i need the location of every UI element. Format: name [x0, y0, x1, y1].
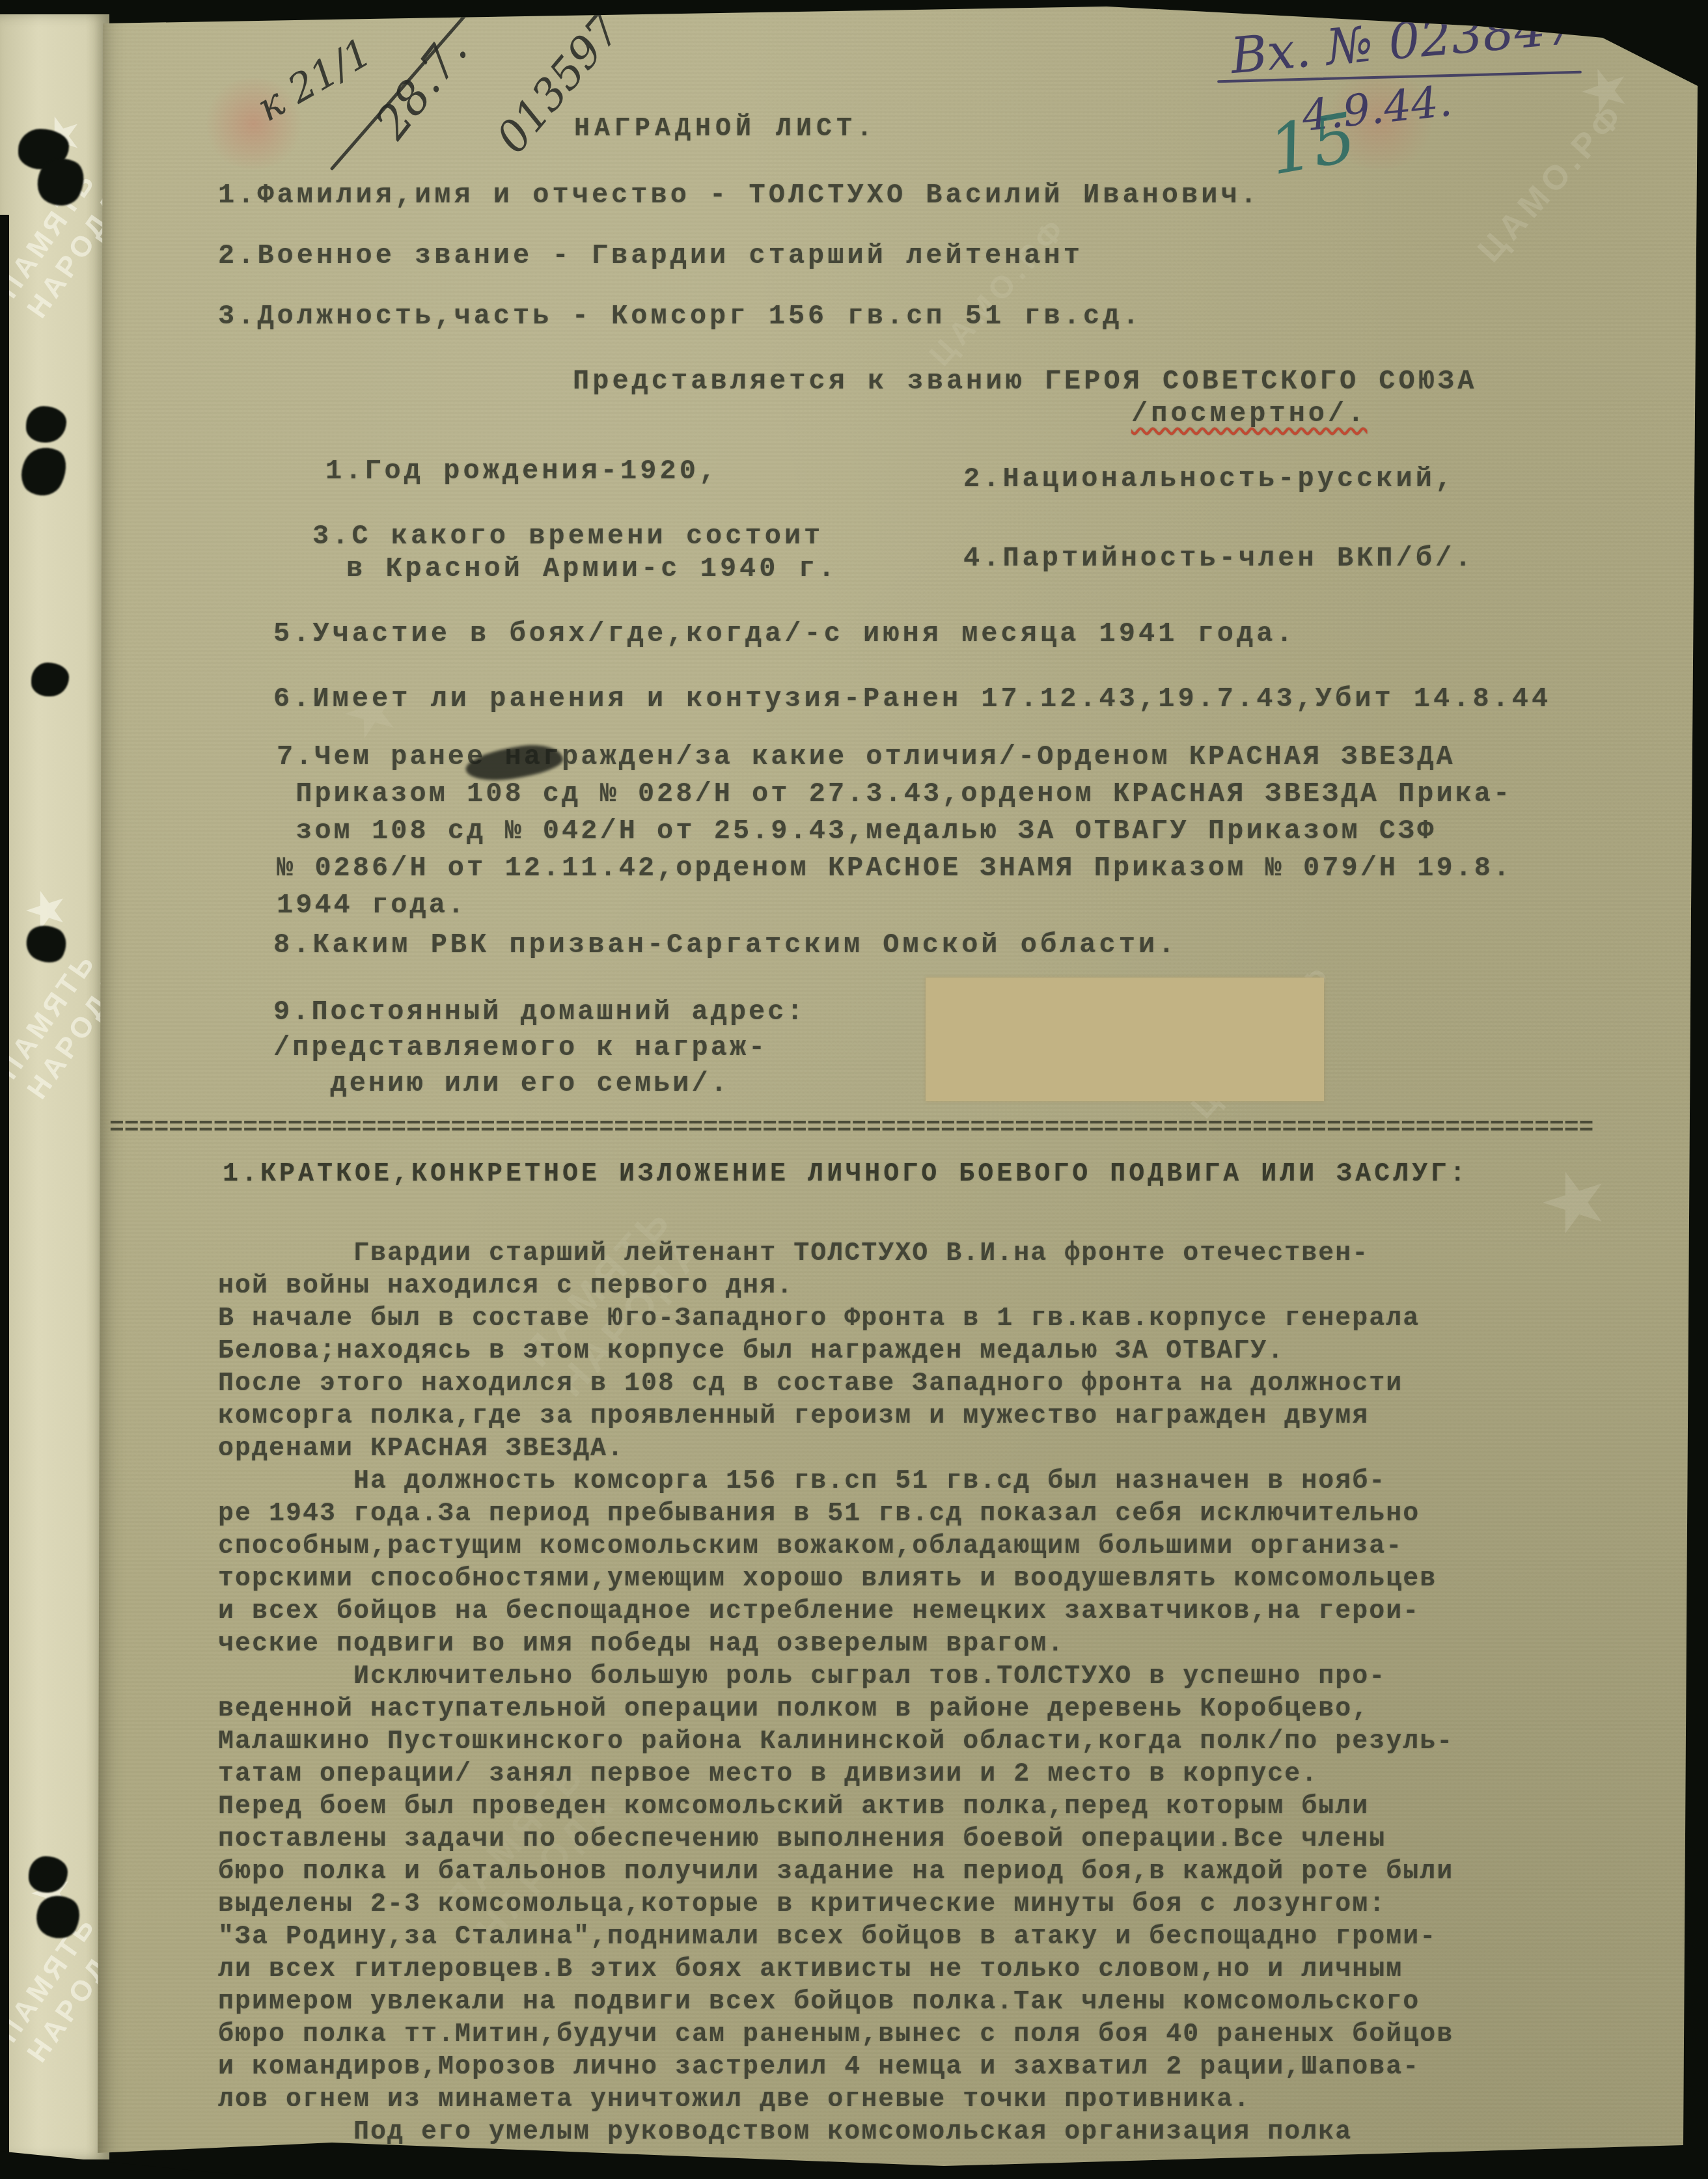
scan-edge-shadow: [0, 215, 9, 2154]
tsamo-watermark: ЦАМО.РФ: [1470, 94, 1634, 269]
binding-strip: ★ ПАМЯТЬНАРОДА ★ ПАМЯТЬНАРОДА ★ ПАМЯТЬНА…: [0, 14, 109, 2159]
address-line: 9.Постоянный домашний адрес:: [273, 994, 806, 1030]
field-home-address: 9.Постоянный домашний адрес:/представляе…: [273, 994, 806, 1102]
section-divider: ========================================…: [109, 1114, 1701, 1142]
field-rank: 2.Военное звание - Гвардии старший лейте…: [218, 240, 1083, 271]
field-drafted-by: 8.Каким РВК призван-Саргатским Омской об…: [273, 929, 1178, 961]
citation-line: татам операции/ занял первое место в див…: [218, 1759, 1453, 1791]
field-position-unit: 3.Должность,часть - Комсорг 156 гв.сп 51…: [218, 301, 1142, 332]
address-line: /представляемого к награж-: [273, 1030, 806, 1066]
field-service-since-line1: 3.С какого времени состоит: [312, 521, 823, 552]
handwritten-page-number: 15: [1263, 97, 1362, 190]
citation-line: бюро полка и батальонов получили задание…: [218, 1856, 1453, 1889]
citation-line: веденной наступательной операции полком …: [218, 1693, 1453, 1726]
citation-line: комсорга полка,где за проявленный героиз…: [218, 1401, 1453, 1433]
field-service-since-line2: в Красной Армии-с 1940 г.: [346, 553, 838, 584]
field-combat-participation: 5.Участие в боях/где,когда/-с июня месяц…: [273, 618, 1296, 650]
document-title: НАГРАДНОЙ ЛИСТ.: [574, 115, 877, 144]
address-line: дению или его семьи/.: [273, 1066, 806, 1102]
handwritten-date: 28.7.: [365, 25, 478, 149]
citation-line: Исключительно большую роль сыграл тов.ТО…: [218, 1661, 1453, 1693]
star-watermark: ★: [1532, 1150, 1623, 1251]
award-line: № 0286/Н от 12.11.42,орденом КРАСНОЕ ЗНА…: [277, 850, 1512, 887]
citation-line: орденами КРАСНАЯ ЗВЕЗДА.: [218, 1433, 1453, 1466]
award-line: Приказом 108 сд № 028/Н от 27.3.43,орден…: [277, 776, 1512, 813]
citation-line: лов огнем из минамета уничтожил две огне…: [218, 2084, 1453, 2117]
citation-line: ре 1943 года.За период пребывания в 51 г…: [218, 1498, 1453, 1531]
handwritten-case-mark: к 21/1: [249, 29, 379, 130]
scanned-award-document: { "annotations": { "top_left": { "case_m…: [0, 0, 1708, 2179]
citation-line: ли всех гитлеровцев.В этих боях активист…: [218, 1954, 1453, 1986]
citation-line: Под его умелым руководством комсомольска…: [218, 2117, 1453, 2149]
citation-line: и командиров,Морозов лично застрелил 4 н…: [218, 2051, 1453, 2084]
citation-line: поставлены задачи по обеспечению выполне…: [218, 1824, 1453, 1856]
citation-line: Перед боем был проведен комсомольский ак…: [218, 1791, 1453, 1824]
citation-line: бюро полка тт.Митин,будучи сам раненым,в…: [218, 2019, 1453, 2051]
field-birth-year: 1.Год рождения-1920,: [325, 456, 719, 487]
citation-line: и всех бойцов на беспощадное истребление…: [218, 1596, 1453, 1628]
redaction-block: [926, 978, 1324, 1101]
field-party: 4.Партийность-член ВКП/б/.: [963, 543, 1474, 574]
nomination-line: Представляется к званию ГЕРОЯ СОВЕТСКОГО…: [573, 366, 1477, 397]
citation-line: выделены 2-3 комсомольца,которые в крити…: [218, 1889, 1453, 1921]
citation-line: В начале был в составе Юго-Западного Фро…: [218, 1303, 1453, 1336]
citation-line: способным,растущим комсомольским вожаком…: [218, 1531, 1453, 1563]
award-line: 1944 года.: [277, 887, 1512, 924]
field-name: 1.Фамилия,имя и отчество - ТОЛСТУХО Васи…: [218, 180, 1260, 211]
citation-line: "За Родину,за Сталина",поднимали всех бо…: [218, 1921, 1453, 1954]
tsamo-watermark: ЦАМО.РФ: [922, 210, 1075, 373]
field-previous-awards: 7.Чем ранее награжден/за какие отличия/-…: [277, 739, 1512, 924]
citation-text: Гвардии старший лейтенант ТОЛСТУХО В.И.н…: [218, 1238, 1453, 2149]
citation-line: торскими способностями,умеющим хорошо вл…: [218, 1563, 1453, 1596]
citation-line: Малашкино Пустошкинского района Калининс…: [218, 1726, 1453, 1759]
field-wounds: 6.Имеет ли ранения и контузия-Ранен 17.1…: [273, 683, 1551, 715]
citation-line: Гвардии старший лейтенант ТОЛСТУХО В.И.н…: [218, 1238, 1453, 1270]
award-sheet-page: ★ ЦАМО.РФ ЦАМО.РФ ЦАМО.РФ ★ ПАМЯТЬНАРОДА…: [98, 0, 1708, 2179]
award-line: 7.Чем ранее награжден/за какие отличия/-…: [277, 739, 1512, 776]
section-title: 1.КРАТКОЕ,КОНКРЕТНОЕ ИЗЛОЖЕНИЕ ЛИЧНОГО Б…: [223, 1160, 1468, 1189]
citation-line: примером увлекали на подвиги всех бойцов…: [218, 1986, 1453, 2019]
citation-line: На должность комсорга 156 гв.сп 51 гв.сд…: [218, 1466, 1453, 1498]
citation-line: После этого находился в 108 сд в составе…: [218, 1368, 1453, 1401]
posthumous-note: /посмертно/.: [1131, 398, 1367, 430]
citation-line: Белова;находясь в этом корпусе был награ…: [218, 1336, 1453, 1368]
citation-line: ной войны находился с первого дня.: [218, 1270, 1453, 1303]
award-line: зом 108 сд № 042/Н от 25.9.43,медалью ЗА…: [277, 813, 1512, 850]
citation-line: ческие подвиги во имя победы над озверел…: [218, 1628, 1453, 1661]
field-nationality: 2.Национальность-русский,: [963, 463, 1455, 495]
